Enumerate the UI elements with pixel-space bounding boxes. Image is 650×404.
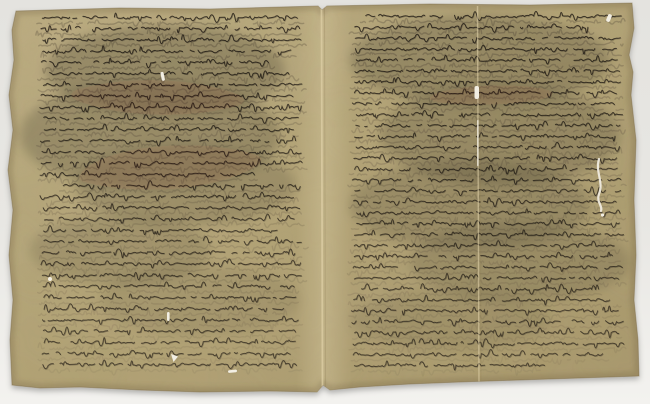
manuscript-drawing — [0, 0, 650, 404]
manuscript-photo: Photograph of a two-page handwritten man… — [0, 0, 650, 404]
